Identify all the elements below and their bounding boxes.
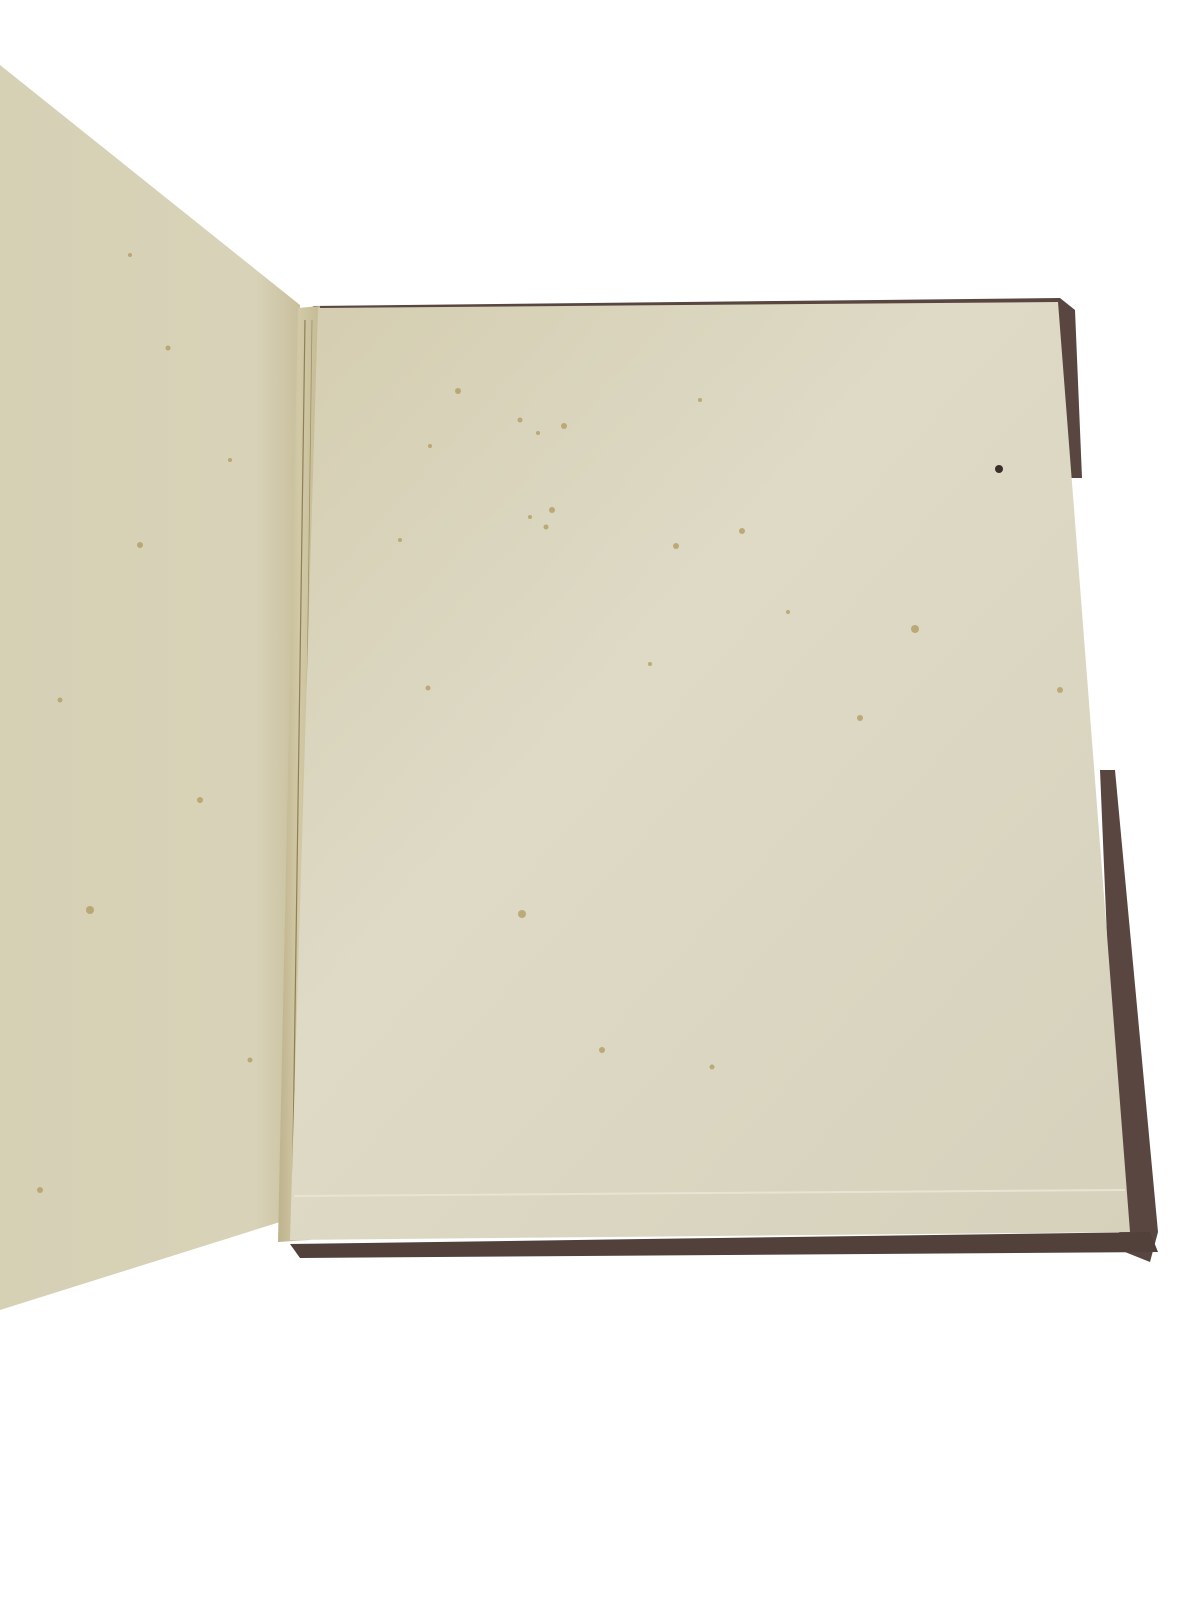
left-page	[0, 65, 300, 1310]
photo-scene	[0, 0, 1200, 1600]
right-page	[290, 302, 1130, 1240]
open-book-illustration	[0, 0, 1200, 1600]
